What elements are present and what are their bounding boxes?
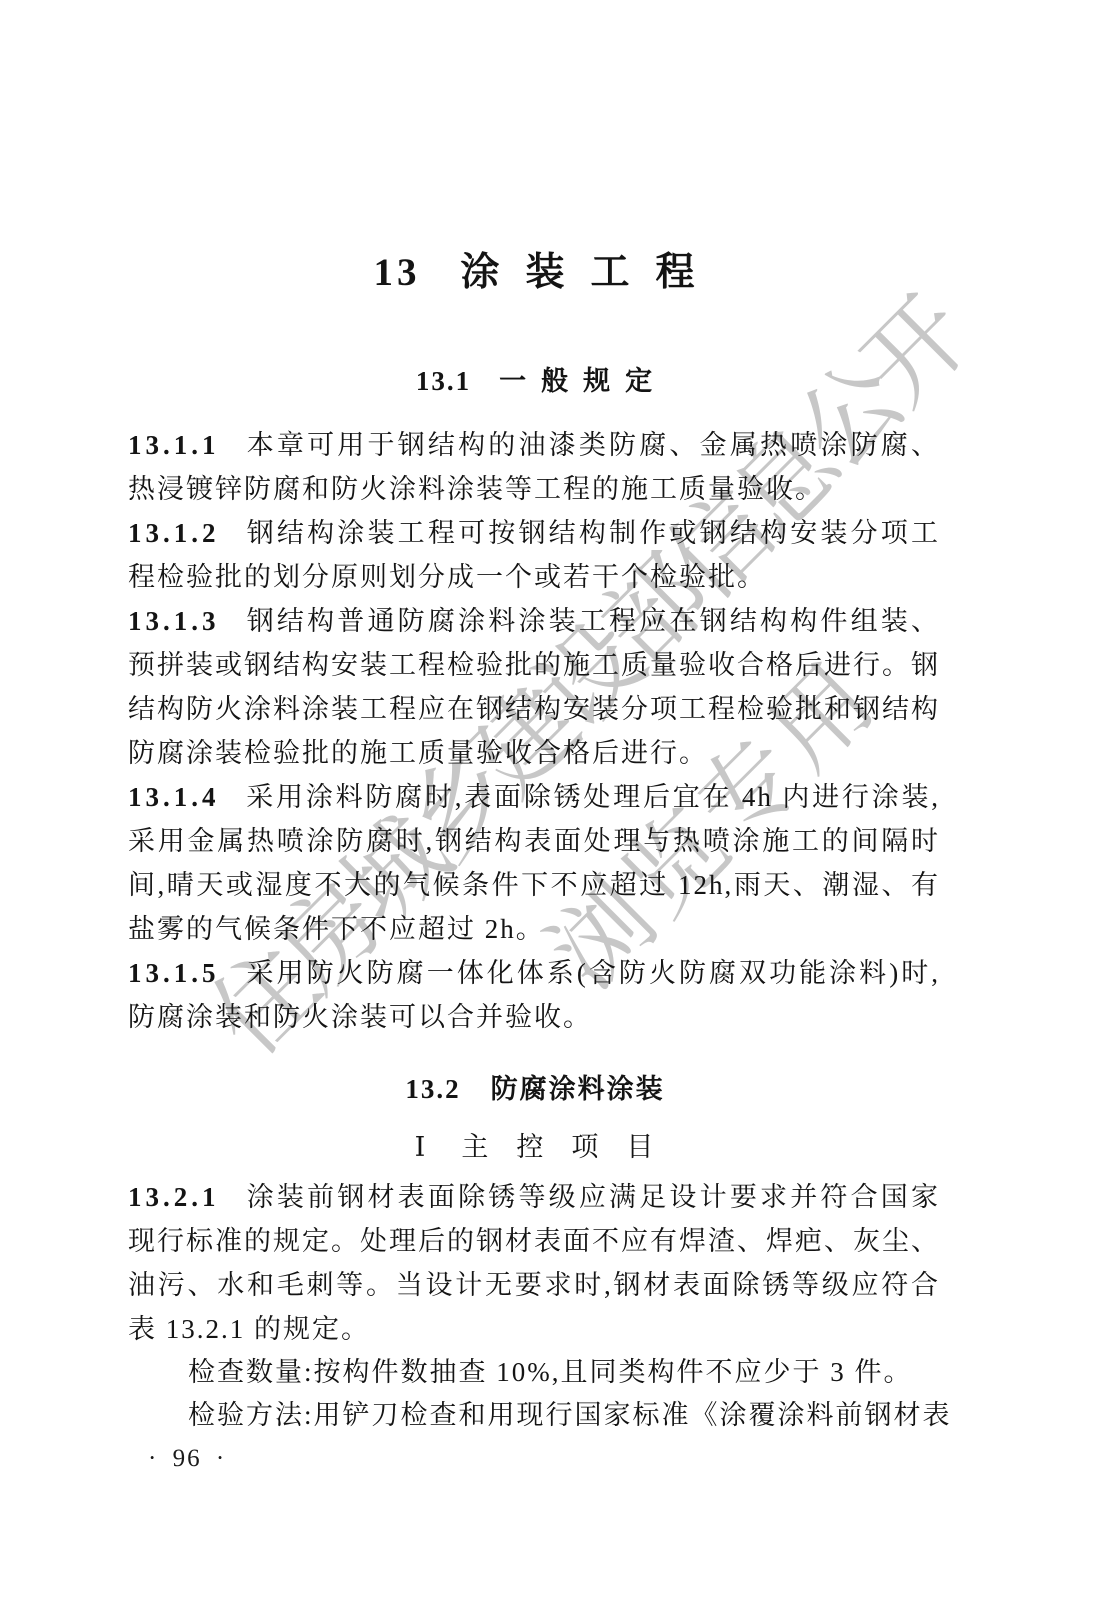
clause-13-1-2: 13.1.2钢结构涂装工程可按钢结构制作或钢结构安装分项工程检验批的划分原则划分… (128, 511, 940, 599)
section-13-2-number: 13.2 (405, 1074, 460, 1104)
chapter-number: 13 (373, 251, 420, 294)
section-13-2-clauses: 13.2.1涂装前钢材表面除锈等级应满足设计要求并符合国家现行标准的规定。处理后… (128, 1175, 940, 1351)
clause-label: 13.1.1 (128, 430, 220, 460)
clause-label: 13.1.2 (128, 518, 220, 548)
clause-label: 13.1.4 (128, 782, 220, 812)
section-heading-13-2: 13.2防腐涂料涂装 (128, 1069, 940, 1109)
clause-text: 钢结构普通防腐涂料涂装工程应在钢结构构件组装、预拼装或钢结构安装工程检验批的施工… (128, 606, 940, 768)
section-13-1-number: 13.1 (416, 366, 471, 396)
page-number: · 96 · (148, 1444, 226, 1474)
chapter-name: 涂装工程 (460, 251, 720, 294)
clause-text: 本章可用于钢结构的油漆类防腐、金属热喷涂防腐、热浸镀锌防腐和防火涂料涂装等工程的… (128, 430, 940, 504)
clause-text: 采用涂料防腐时,表面除锈处理后宜在 4h 内进行涂装,采用金属热喷涂防腐时,钢结… (128, 782, 940, 944)
inspection-method-line: 检验方法:用铲刀检查和用现行国家标准《涂覆涂料前钢材表 (128, 1393, 940, 1437)
clause-text: 采用防火防腐一体化体系(含防火防腐双功能涂料)时,防腐涂装和防火涂装可以合并验收… (128, 958, 940, 1032)
page-content: 13涂装工程 13.1一般规定 13.1.1本章可用于钢结构的油漆类防腐、金属热… (128, 0, 940, 1598)
clause-13-1-5: 13.1.5采用防火防腐一体化体系(含防火防腐双功能涂料)时,防腐涂装和防火涂装… (128, 951, 940, 1039)
clause-13-1-1: 13.1.1本章可用于钢结构的油漆类防腐、金属热喷涂防腐、热浸镀锌防腐和防火涂料… (128, 423, 940, 511)
subsection-numeral: Ⅰ (415, 1132, 426, 1162)
section-13-1-title: 一般规定 (499, 366, 667, 396)
clause-label: 13.1.3 (128, 606, 220, 636)
section-heading-13-1: 13.1一般规定 (128, 360, 940, 402)
subsection-heading-main-control-items: Ⅰ主控项目 (128, 1125, 940, 1169)
section-13-1-clauses: 13.1.1本章可用于钢结构的油漆类防腐、金属热喷涂防腐、热浸镀锌防腐和防火涂料… (128, 423, 940, 1039)
section-13-2-title: 防腐涂料涂装 (491, 1074, 665, 1104)
chapter-title: 13涂装工程 (128, 248, 940, 298)
clause-text: 涂装前钢材表面除锈等级应满足设计要求并符合国家现行标准的规定。处理后的钢材表面不… (128, 1182, 940, 1344)
document-page: 住房城乡建设部信息公开 浏览专用 13涂装工程 13.1一般规定 13.1.1本… (0, 0, 1106, 1598)
clause-text: 钢结构涂装工程可按钢结构制作或钢结构安装分项工程检验批的划分原则划分成一个或若干… (128, 518, 940, 592)
inspection-quantity-line: 检查数量:按构件数抽查 10%,且同类构件不应少于 3 件。 (128, 1350, 940, 1394)
clause-label: 13.1.5 (128, 958, 220, 988)
clause-13-1-4: 13.1.4采用涂料防腐时,表面除锈处理后宜在 4h 内进行涂装,采用金属热喷涂… (128, 775, 940, 951)
clause-label: 13.2.1 (128, 1182, 220, 1212)
clause-13-1-3: 13.1.3钢结构普通防腐涂料涂装工程应在钢结构构件组装、预拼装或钢结构安装工程… (128, 599, 940, 775)
subsection-title: 主控项目 (461, 1132, 681, 1162)
clause-13-2-1: 13.2.1涂装前钢材表面除锈等级应满足设计要求并符合国家现行标准的规定。处理后… (128, 1175, 940, 1351)
